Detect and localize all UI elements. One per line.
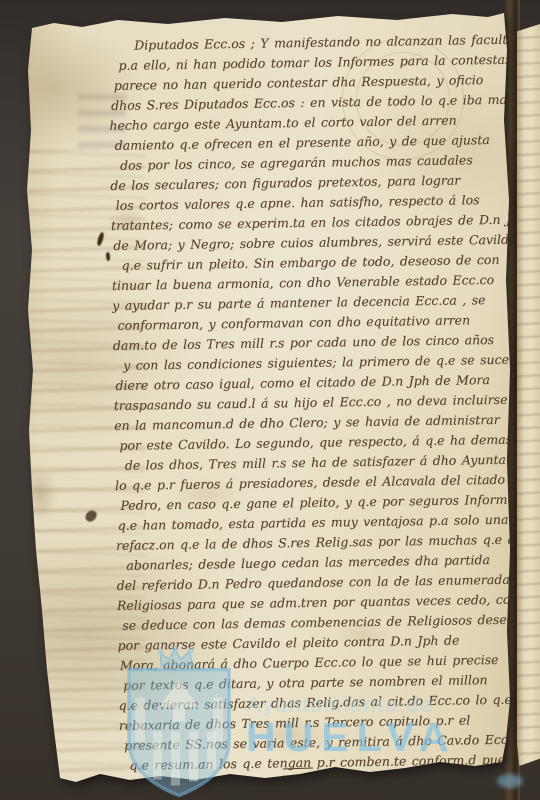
closing-underline-flourish xyxy=(283,767,313,776)
manuscript-page: Diputados Ecc.os ; Y manifestando no alc… xyxy=(20,10,510,790)
photograph-of-manuscript: Diputados Ecc.os ; Y manifestando no alc… xyxy=(0,0,540,800)
next-page-edge xyxy=(517,24,540,766)
handwritten-text-block: Diputados Ecc.os ; Y manifestando no alc… xyxy=(108,30,520,776)
manuscript-sheet-wrapper: Diputados Ecc.os ; Y manifestando no alc… xyxy=(20,10,510,790)
